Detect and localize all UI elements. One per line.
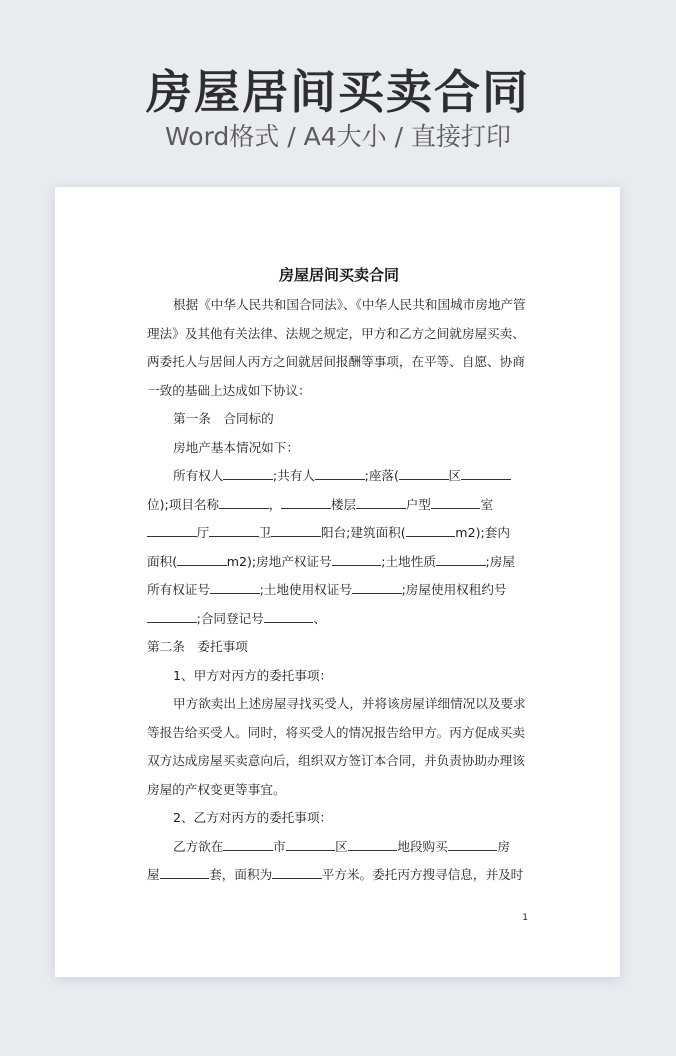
document-title: 房屋居间买卖合同 <box>147 259 531 291</box>
fill-in-blank <box>219 496 269 509</box>
banner-title: 房屋居间买卖合同 <box>0 64 676 120</box>
document-line: 一致的基础上达成如下协议： <box>147 377 531 406</box>
fill-in-blank <box>209 524 259 537</box>
document-line: 双方达成房屋买卖意向后，组织双方签订本合同，并负责协助办理该 <box>147 747 531 776</box>
document-line: 两委托人与居间人丙方之间就居间报酬等事项，在平等、自愿、协商 <box>147 348 531 377</box>
fill-in-blank <box>286 838 336 851</box>
fill-in-blank <box>332 553 382 566</box>
fill-in-blank <box>272 866 322 879</box>
document-line: 房地产基本情况如下： <box>147 434 531 463</box>
document-line: 厅卫阳台;建筑面积(m2);套内 <box>147 519 531 548</box>
fill-in-blank <box>223 467 273 480</box>
fill-in-blank <box>448 838 498 851</box>
document-line: 第二条 委托事项 <box>147 633 531 662</box>
page-number: 1 <box>522 913 528 923</box>
document-line: ;合同登记号、 <box>147 605 531 634</box>
document-body: 房屋居间买卖合同 根据《中华人民共和国合同法》、《中华人民共和国城市房地产管理法… <box>147 259 531 890</box>
fill-in-blank <box>356 496 406 509</box>
document-line: 2、乙方对丙方的委托事项： <box>147 804 531 833</box>
fill-in-blank <box>160 866 210 879</box>
fill-in-blank <box>210 581 260 594</box>
fill-in-blank <box>271 524 321 537</box>
document-line: 乙方欲在市区地段购买房 <box>147 833 531 862</box>
fill-in-blank <box>281 496 331 509</box>
fill-in-blank <box>461 467 511 480</box>
document-line: 甲方欲卖出上述房屋寻找买受人，并将该房屋详细情况以及要求 <box>147 690 531 719</box>
document-line: 房屋的产权变更等事宜。 <box>147 776 531 805</box>
document-line: 1、甲方对丙方的委托事项： <box>147 662 531 691</box>
document-paragraphs: 根据《中华人民共和国合同法》、《中华人民共和国城市房地产管理法》及其他有关法律、… <box>147 291 531 890</box>
fill-in-blank <box>147 524 197 537</box>
document-line: 所有权人;共有人;座落(区 <box>147 462 531 491</box>
fill-in-blank <box>406 524 456 537</box>
fill-in-blank <box>399 467 449 480</box>
document-line: 面积(m2);房地产权证号;土地性质;房屋 <box>147 548 531 577</box>
banner-subtitle: Word格式 / A4大小 / 直接打印 <box>0 120 676 154</box>
document-line: 位);项目名称，楼层户型室 <box>147 491 531 520</box>
fill-in-blank <box>264 610 314 623</box>
fill-in-blank <box>177 553 227 566</box>
document-line: 屋套，面积为平方米。委托丙方搜寻信息，并及时 <box>147 861 531 890</box>
document-line: 第一条 合同标的 <box>147 405 531 434</box>
fill-in-blank <box>348 838 398 851</box>
document-line: 理法》及其他有关法律、法规之规定，甲方和乙方之间就房屋买卖、 <box>147 320 531 349</box>
document-line: 所有权证号;土地使用权证号;房屋使用权租约号 <box>147 576 531 605</box>
fill-in-blank <box>431 496 481 509</box>
document-line: 等报告给买受人。同时，将买受人的情况报告给甲方。丙方促成买卖 <box>147 719 531 748</box>
fill-in-blank <box>223 838 273 851</box>
fill-in-blank <box>315 467 365 480</box>
fill-in-blank <box>352 581 402 594</box>
document-page: 房屋居间买卖合同 根据《中华人民共和国合同法》、《中华人民共和国城市房地产管理法… <box>55 187 620 977</box>
fill-in-blank <box>436 553 486 566</box>
fill-in-blank <box>147 610 197 623</box>
document-line: 根据《中华人民共和国合同法》、《中华人民共和国城市房地产管 <box>147 291 531 320</box>
